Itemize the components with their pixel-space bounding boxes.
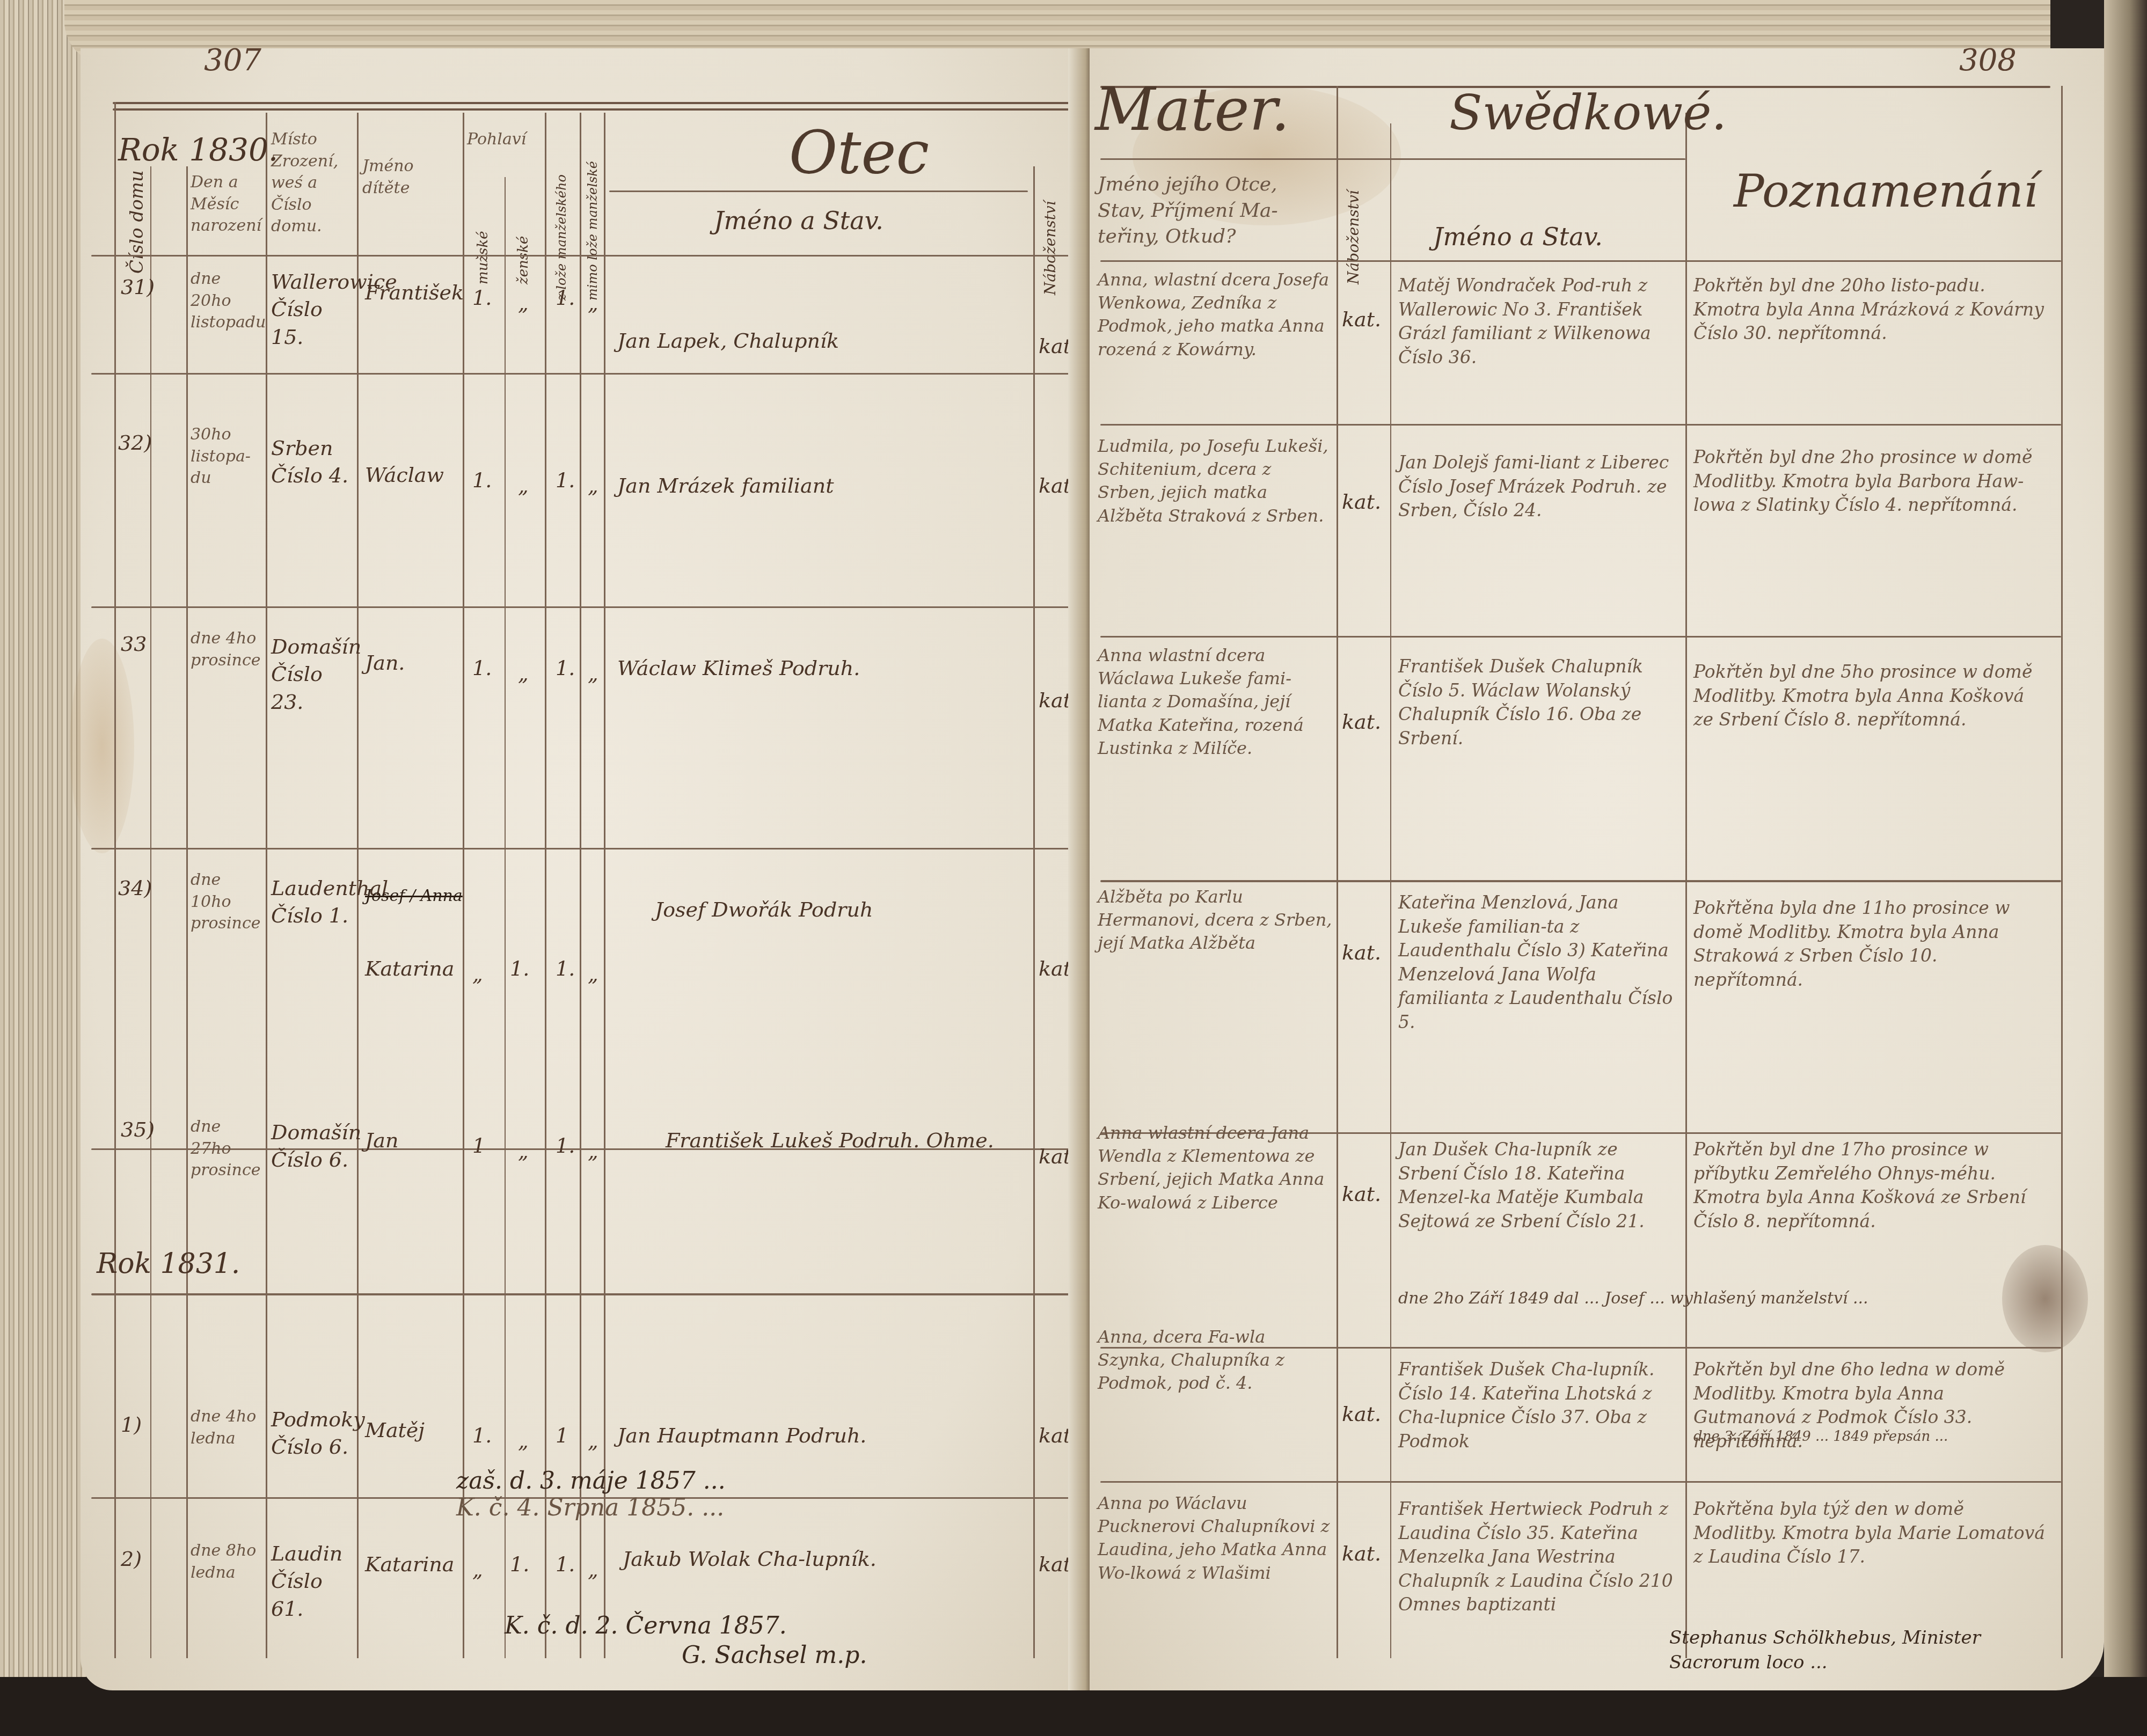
entry-remarks: Pokřtěn byl dne 5ho prosince w domě Modl… [1693, 660, 2048, 732]
column-header-godparents: Swědkowé. [1449, 80, 1727, 146]
entry-child-name: Katarina [365, 1551, 454, 1578]
row-rule [91, 1293, 1084, 1295]
entry-illegitimate: „ [588, 290, 598, 317]
column-header-child-name: Jméno dítěte [362, 156, 459, 199]
column-header-male: mužské [475, 231, 491, 284]
entry-mother: Anna wlastní dcera Jana Wendla z Klement… [1098, 1122, 1334, 1214]
entry-place: Domašín Číslo 23. [271, 633, 357, 716]
entry-date: dne 20ho listopadu [191, 268, 266, 334]
entry-date: dne 4ho prosince [191, 628, 266, 671]
row-rule [1100, 260, 2061, 262]
row-rule [1100, 880, 2061, 882]
entry-child-name: František [365, 279, 464, 306]
entry-illegitimate: „ [588, 1556, 598, 1584]
entry-date: 30ho listopa-du [191, 424, 266, 489]
entry-number: 31) [121, 274, 155, 301]
entry-illegitimate: „ [588, 472, 598, 500]
entry-female: 1. [510, 955, 529, 983]
entry-number: 34) [118, 875, 152, 902]
entry-place: Laudin Číslo 61. [271, 1540, 357, 1623]
column-header-sex: Pohlaví [467, 129, 542, 151]
entry-illegitimate: „ [588, 1427, 598, 1455]
column-rule [1033, 166, 1035, 1658]
entry-mother: Alžběta po Karlu Hermanovi, dcera z Srbe… [1098, 885, 1334, 955]
water-stain [70, 639, 134, 853]
column-header-religion: Náboženství [1041, 201, 1059, 295]
column-rule [505, 177, 506, 1658]
entry-legitimate: 1 [556, 1422, 568, 1449]
column-header-illegitimate: mimo lože manželské [585, 161, 600, 301]
entry-godparents: Jan Dušek Cha-lupník ze Srbení Číslo 18.… [1398, 1138, 1683, 1233]
entry-mother: Ludmila, po Josefu Lukeši, Schitenium, d… [1098, 435, 1334, 528]
entry-male: 1. [472, 1422, 492, 1449]
entry-male: 1. [472, 284, 492, 312]
entry-number: 35) [121, 1116, 155, 1144]
entry-remarks: Pokřtěna byla dne 11ho prosince w domě M… [1693, 896, 2048, 992]
entry-illegitimate: „ [588, 1138, 598, 1165]
entry-godparents: Kateřina Menzlová, Jana Lukeše familian-… [1398, 891, 1683, 1034]
column-rule [266, 113, 267, 1658]
entry-place: Podmoky Číslo 6. [271, 1406, 357, 1461]
entry-remarks: Pokřtěn byl dne 20ho listo-padu. Kmotra … [1693, 274, 2048, 346]
entry-number: 2) [121, 1545, 142, 1573]
entry-female: 1. [510, 1551, 529, 1578]
entry-legitimate: 1. [556, 1132, 575, 1160]
entry-male: „ [472, 961, 483, 988]
column-header-place: Místo Zrození, weś a Číslo domu. [271, 129, 352, 238]
entry-female: „ [518, 290, 529, 317]
entry-female: „ [518, 1427, 529, 1455]
entry-godparents: František Dušek Cha-lupník. Číslo 14. Ka… [1398, 1358, 1683, 1453]
column-rule [604, 113, 605, 1658]
marginal-annotation: K. č. 4. Srpna 1855. ... [456, 1492, 724, 1523]
entry-date: dne 4ho ledna [191, 1406, 266, 1449]
column-rule [1390, 123, 1391, 1658]
entry-godparents: Jan Dolejš fami-liant z Liberec Číslo Jo… [1398, 451, 1683, 523]
page-number-right: 308 [1959, 43, 2017, 78]
entry-remarks: Pokřtěn byl dne 2ho prosince w domě Modl… [1693, 445, 2048, 517]
entry-date: dne 10ho prosince [191, 869, 266, 935]
entry-legitimate: 1. [556, 467, 575, 494]
header-sub-rule [1100, 158, 1685, 160]
entry-father: Josef Dwořák Podruh [655, 896, 1031, 924]
entry-mother: Anna, dcera Fa-wla Szynka, Chalupníka z … [1098, 1325, 1334, 1395]
entry-mother-religion: kat. [1342, 1401, 1381, 1428]
entry-remarks: Pokřtěn byl dne 17ho prosince w příbytku… [1693, 1138, 2048, 1233]
entry-number: 32) [118, 429, 152, 457]
column-header-father-name: Jméno a Stav. [714, 204, 883, 237]
entry-mother-religion: kat. [1342, 488, 1381, 516]
entry-later-note: Stephanus Schölkhebus, Minister Sacrorum… [1669, 1626, 2045, 1675]
entry-child-name: Jan. [365, 649, 405, 677]
entry-date: dne 8ho ledna [191, 1540, 266, 1584]
book-page-edges-right [2104, 0, 2147, 1736]
entry-father: Jan Hauptmann Podruh. [617, 1422, 993, 1449]
entry-male: 1. [472, 655, 492, 682]
entry-mother-religion: kat. [1342, 1181, 1381, 1208]
row-rule [1100, 636, 2061, 638]
entry-father: Jan Lapek, Chalupník [617, 327, 1025, 355]
entry-father: Jan Mrázek familiant [617, 472, 1025, 500]
entry-mother: Anna, wlastní dcera Josefa Wenkowa, Zedn… [1098, 268, 1334, 361]
entry-father: Jakub Wolak Cha-lupník. [623, 1545, 998, 1573]
entry-later-note: dne 3. Září 1849 ... 1849 přepsán ... [1693, 1427, 2048, 1446]
column-header-godparents-name: Jméno a Stav. [1433, 220, 1603, 253]
entry-legitimate: 1. [556, 955, 575, 983]
entry-female: „ [518, 472, 529, 500]
signature: G. Sachsel m.p. [682, 1639, 867, 1671]
column-rule [463, 113, 464, 1658]
entry-father: Wáclaw Klimeš Podruh. [617, 655, 993, 682]
entry-godparents: František Hertwieck Podruh z Laudina Čís… [1398, 1497, 1683, 1617]
entry-mother-religion: kat. [1342, 708, 1381, 736]
row-rule [1100, 1481, 2061, 1483]
column-rule [2061, 86, 2063, 1658]
column-header-house-number: Číslo domu [126, 170, 148, 274]
entry-mother-religion: kat. [1342, 1540, 1381, 1567]
entry-child-name: Matěj [365, 1417, 425, 1444]
column-header-legitimate: z lože manželského [554, 174, 569, 301]
left-page: 307 Rok 1830. Číslo domu Den a Měsíc nar… [81, 48, 1090, 1690]
row-rule [91, 606, 1084, 608]
marginal-annotation: K. č. d. 2. Června 1857. [505, 1610, 787, 1642]
entry-child-name: Jan [365, 1127, 398, 1154]
entry-later-note: dne 2ho Září 1849 dal ... Josef ... wyhl… [1398, 1288, 2042, 1310]
entry-mother: Anna wlastní dcera Wáclawa Lukeše fami-l… [1098, 644, 1334, 760]
row-rule [91, 373, 1084, 375]
entry-male: 1 [472, 1132, 485, 1160]
entry-father: František Lukeš Podruh. Ohme. [666, 1127, 1020, 1154]
entry-child-name-struck: Josef / Anna [365, 885, 463, 907]
entry-female: „ [518, 1138, 529, 1165]
entry-legitimate: 1. [556, 655, 575, 682]
entry-child-name: Wáclaw [365, 462, 444, 489]
column-header-female: ženské [515, 236, 531, 284]
year-header: Rok 1830. [118, 129, 278, 171]
row-rule [91, 255, 1084, 257]
entry-number: 33 [121, 631, 147, 658]
entry-mother-religion: kat. [1342, 939, 1381, 966]
year-header-1831: Rok 1831. [97, 1245, 240, 1283]
column-header-remarks: Poznamenání [1734, 161, 2038, 222]
entry-legitimate: 1. [556, 1551, 575, 1578]
column-rule [580, 113, 581, 1658]
entry-godparents: Matěj Wondraček Pod-ruh z Wallerowic No … [1398, 274, 1683, 369]
header-sub-rule [609, 191, 1028, 192]
column-header-mother-religion: Náboženství [1345, 190, 1362, 284]
entry-mother-religion: kat. [1342, 306, 1381, 333]
entry-number: 1) [121, 1411, 142, 1439]
column-rule [1337, 86, 1338, 1658]
page-number-left: 307 [204, 43, 261, 78]
row-rule [1100, 424, 2061, 426]
column-rule [186, 166, 188, 1658]
right-page: 308 Mater. Jméno jejího Otce, Stav, Příj… [1090, 48, 2104, 1690]
column-rule [150, 166, 151, 1658]
entry-mother: Anna po Wáclavu Pucknerovi Chalupníkovi … [1098, 1492, 1334, 1585]
entry-male: „ [472, 1556, 483, 1584]
entry-remarks: Pokřtěna byla týž den w domě Modlitby. K… [1693, 1497, 2048, 1569]
column-rule [114, 102, 116, 1658]
column-header-mother-details: Jméno jejího Otce, Stav, Příjmení Ma-teř… [1098, 172, 1328, 250]
entry-place: Srben Číslo 4. [271, 435, 357, 490]
row-rule [91, 848, 1084, 849]
header-double-rule [113, 108, 1084, 111]
entry-female: „ [518, 660, 529, 687]
column-header-birth-date: Den a Měsíc narození [191, 172, 263, 237]
header-double-rule [113, 102, 1084, 104]
column-header-mother: Mater. [1095, 70, 1290, 150]
entry-illegitimate: „ [588, 961, 598, 988]
entry-illegitimate: „ [588, 660, 598, 687]
entry-child-name: Katarina [365, 955, 454, 983]
entry-date: dne 27ho prosince [191, 1116, 266, 1182]
entry-place: Wallerowice Číslo 15. [271, 268, 357, 351]
column-rule [545, 113, 546, 1658]
entry-place: Laudenthal Číslo 1. [271, 875, 357, 930]
entry-male: 1. [472, 467, 492, 494]
column-header-father: Otec [789, 113, 929, 193]
entry-legitimate: 1. [556, 284, 575, 312]
entry-godparents: František Dušek Chalupník Číslo 5. Wácla… [1398, 655, 1683, 750]
column-rule [1685, 113, 1687, 1658]
entry-place: Domašín Číslo 6. [271, 1119, 357, 1174]
